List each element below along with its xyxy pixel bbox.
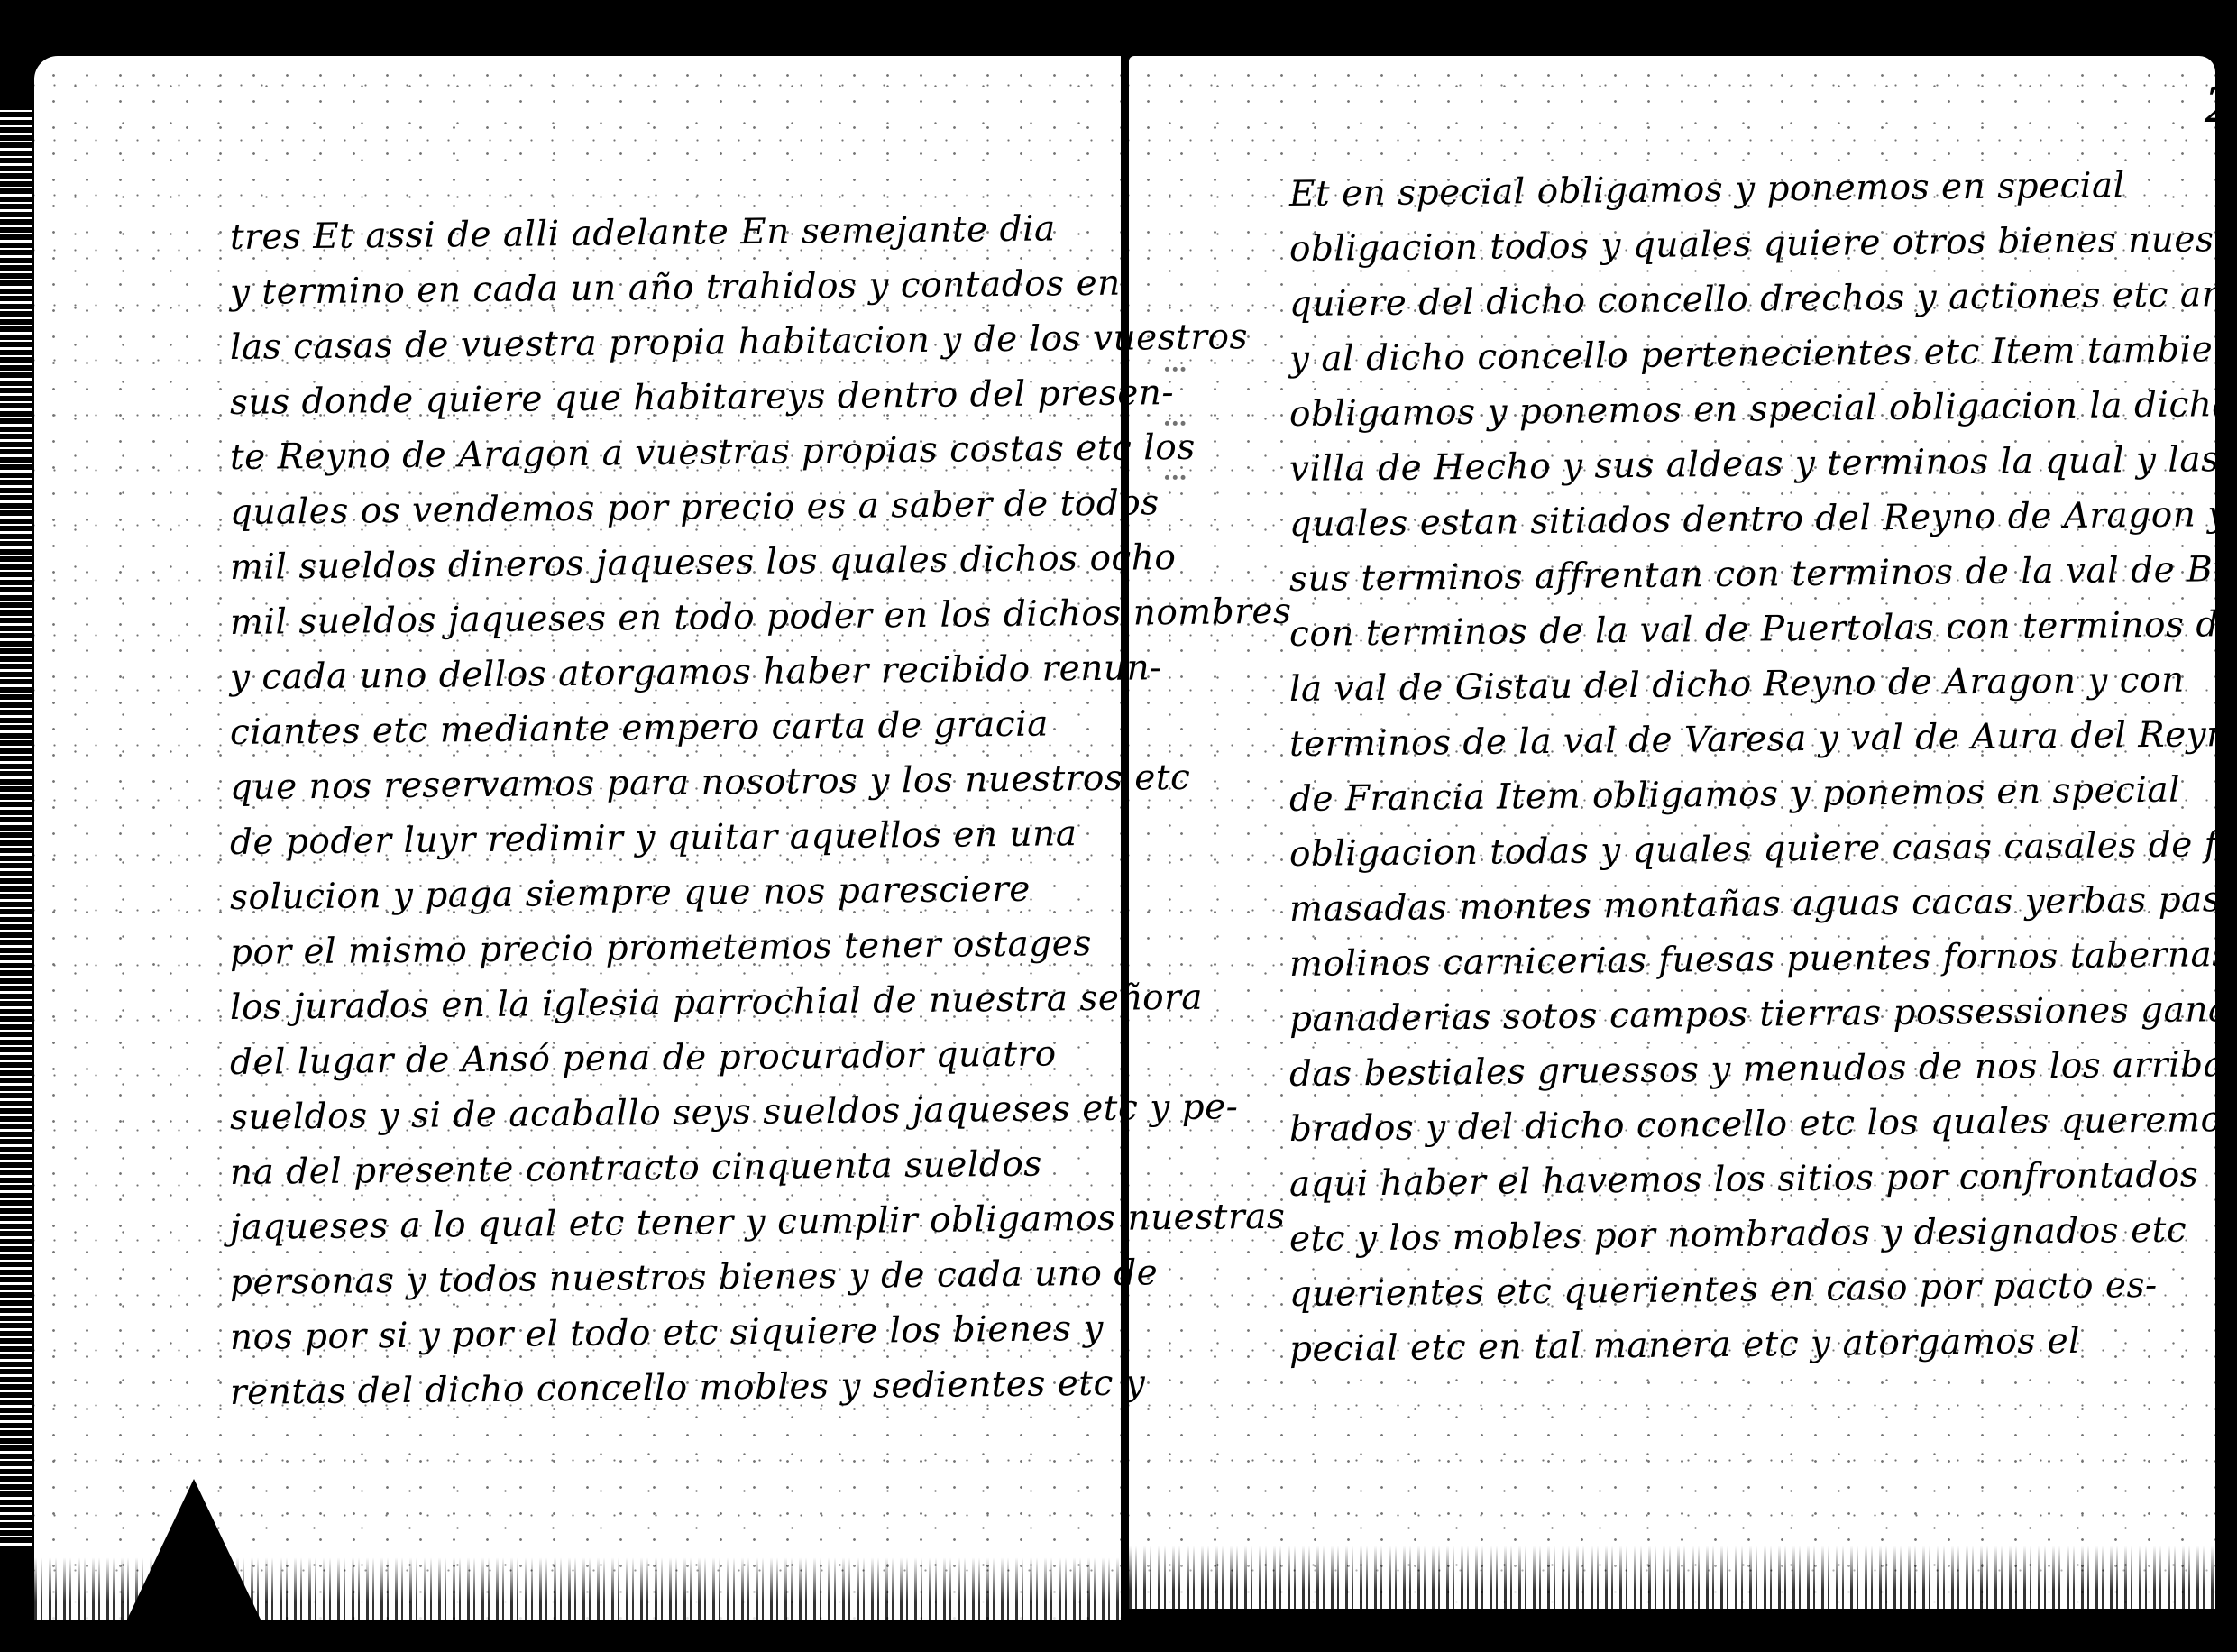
text-line: das bestiales gruessos y menudos de nos …	[1289, 1037, 2210, 1102]
text-line: con terminos de la val de Puertolas con …	[1289, 597, 2210, 662]
folio-number: 2	[2205, 77, 2235, 133]
text-line: obligacion todas y quales quiere casas c…	[1289, 817, 2210, 882]
text-line: y cada uno dellos atorgamos haber recibi…	[230, 641, 1123, 705]
text-line: tres Et assi de alli adelante En semejan…	[230, 201, 1123, 265]
page-edge-bottom	[1129, 1546, 2215, 1609]
text-line: de Francia Item obligamos y ponemos en s…	[1289, 762, 2210, 827]
text-line: panaderias sotos campos tierras possessi…	[1289, 982, 2210, 1047]
text-line: quales os vendemos por precio es a saber…	[230, 476, 1123, 540]
text-line: querientes etc querientes en caso por pa…	[1289, 1257, 2210, 1322]
text-line: masadas montes montañas aguas cacas yerb…	[1289, 872, 2210, 937]
margin-mark: ∙∙∙	[1163, 451, 1253, 505]
text-line: los jurados en la iglesia parrochial de …	[230, 971, 1123, 1035]
text-line: quales estan sitiados dentro del Reyno d…	[1289, 487, 2210, 552]
text-line: sus terminos affrentan con terminos de l…	[1289, 542, 2210, 607]
text-line: y termino en cada un año trahidos y cont…	[230, 256, 1123, 320]
text-line: te Reyno de Aragon a vuestras propias co…	[230, 421, 1123, 485]
text-line: etc y los mobles por nombrados y designa…	[1289, 1202, 2210, 1267]
text-line: pecial etc en tal manera etc y atorgamos…	[1289, 1312, 2210, 1377]
text-line: quiere del dicho concello drechos y acti…	[1289, 267, 2210, 332]
text-line: Et en special obligamos y ponemos en spe…	[1289, 157, 2210, 222]
margin-mark: ∙∙∙	[1163, 343, 1253, 397]
text-line: terminos de la val de Varesa y val de Au…	[1289, 707, 2210, 772]
text-line: mil sueldos jaqueses en todo poder en lo…	[230, 586, 1123, 650]
text-line: rentas del dicho concello mobles y sedie…	[230, 1356, 1123, 1420]
text-line: jaqueses a lo qual etc tener y cumplir o…	[230, 1191, 1123, 1255]
text-line: las casas de vuestra propia habitacion y…	[230, 311, 1123, 375]
text-line: personas y todos nuestros bienes y de ca…	[230, 1246, 1123, 1310]
text-line: sueldos y si de acaballo seys sueldos ja…	[230, 1081, 1123, 1145]
text-line: sus donde quiere que habitareys dentro d…	[230, 366, 1123, 430]
text-line: la val de Gistau del dicho Reyno de Arag…	[1289, 652, 2210, 717]
text-line: nos por si y por el todo etc siquiere lo…	[230, 1301, 1123, 1365]
text-line: y al dicho concello pertenecientes etc I…	[1289, 322, 2210, 387]
text-line: solucion y paga siempre que nos parescie…	[230, 861, 1123, 925]
book-edge-left	[0, 108, 32, 1551]
right-page-text: Et en special obligamos y ponemos en spe…	[1289, 167, 2209, 1377]
text-line: villa de Hecho y sus aldeas y terminos l…	[1289, 432, 2210, 497]
text-line: mil sueldos dineros jaqueses los quales …	[230, 531, 1123, 595]
margin-mark: ∙∙∙	[1163, 397, 1253, 451]
thumb-shadow	[108, 1479, 280, 1652]
text-line: molinos carnicerias fuesas puentes forno…	[1289, 927, 2210, 992]
left-page-text: tres Et assi de alli adelante En semejan…	[230, 210, 1123, 1420]
margin-bleed-through: ∙∙∙ ∙∙∙ ∙∙∙	[1163, 343, 1253, 505]
text-line: del lugar de Ansó pena de procurador qua…	[230, 1026, 1123, 1090]
manuscript-scan: 2 tres Et assi de alli adelante En semej…	[0, 0, 2237, 1652]
text-line: que nos reservamos para nosotros y los n…	[230, 751, 1123, 815]
text-line: por el mismo precio prometemos tener ost…	[230, 916, 1123, 980]
text-line: obligacion todos y quales quiere otros b…	[1289, 212, 2210, 277]
text-line: ciantes etc mediante empero carta de gra…	[230, 696, 1123, 760]
text-line: de poder luyr redimir y quitar aquellos …	[230, 806, 1123, 870]
text-line: obligamos y ponemos en special obligacio…	[1289, 377, 2210, 442]
text-line: aqui haber el havemos los sitios por con…	[1289, 1147, 2210, 1212]
text-line: na del presente contracto cinquenta suel…	[230, 1136, 1123, 1200]
text-line: brados y del dicho concello etc los qual…	[1289, 1092, 2210, 1157]
